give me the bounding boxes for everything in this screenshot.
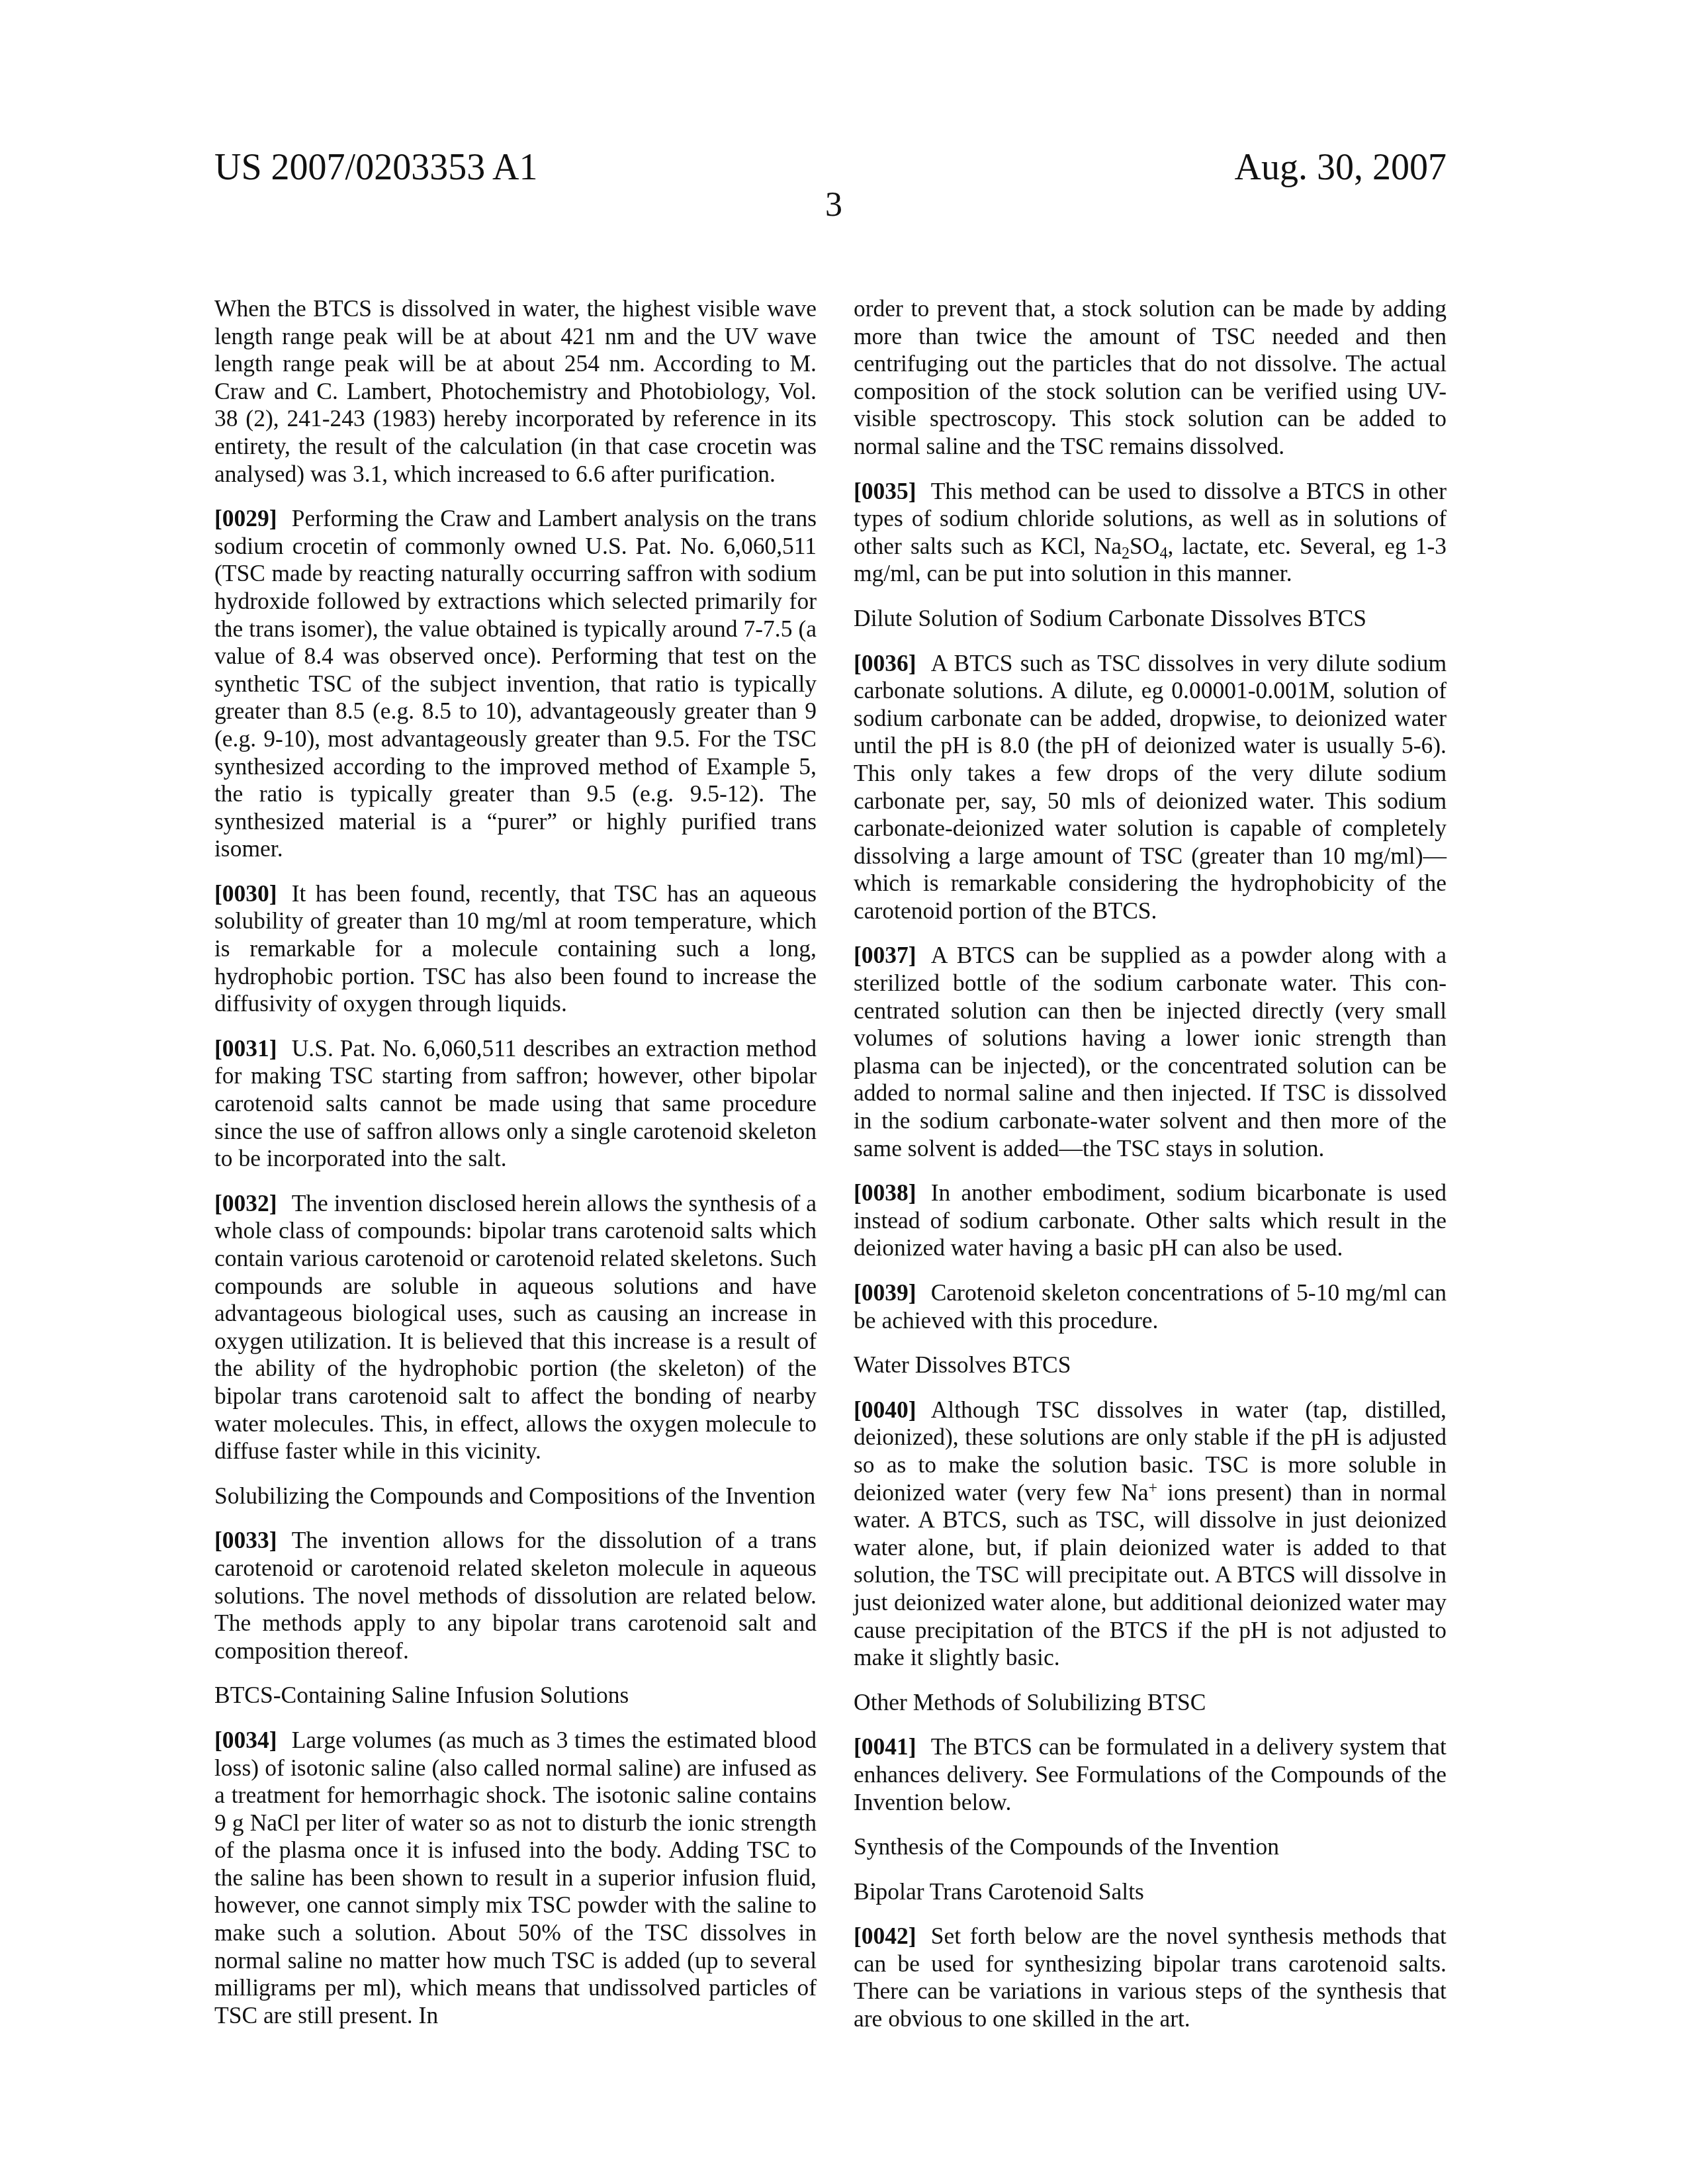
paragraph-0029: [0029]Performing the Craw and Lambert an… [214, 505, 817, 863]
paragraph-0031: [0031]U.S. Pat. No. 6,060,511 describes … [214, 1035, 817, 1173]
paragraph-number: [0030] [214, 880, 277, 907]
right-column: order to prevent that, a stock solution … [854, 295, 1447, 2050]
paragraph-text: The invention disclosed herein allows th… [214, 1190, 817, 1464]
paragraph-text: When the BTCS is dissolved in water, the… [214, 295, 817, 487]
paragraph-number: [0037] [854, 942, 916, 968]
paragraph-0036: [0036]A BTCS such as TSC dissolves in ve… [854, 650, 1447, 925]
superscript: + [1149, 1479, 1158, 1497]
paragraph-text: In another embodiment, sodium bicarbonat… [854, 1179, 1447, 1261]
publication-date: Aug. 30, 2007 [1235, 144, 1447, 191]
paragraph-0035: [0035]This method can be used to dissolv… [854, 478, 1447, 588]
paragraph-number: [0031] [214, 1035, 277, 1062]
paragraph-number: [0041] [854, 1733, 916, 1760]
section-heading-saline-infusion: BTCS-Containing Saline Infusion Solution… [214, 1682, 817, 1709]
paragraph-0040: [0040]Although TSC dissolves in water (t… [854, 1396, 1447, 1672]
paragraph-0037: [0037]A BTCS can be supplied as a powder… [854, 942, 1447, 1162]
paragraph-text: Performing the Craw and Lambert analysis… [214, 505, 817, 862]
paragraph-0041: [0041]The BTCS can be formulated in a de… [854, 1733, 1447, 1816]
paragraph-0032: [0032]The invention disclosed herein all… [214, 1190, 817, 1465]
paragraph-0030: [0030]It has been found, recently, that … [214, 880, 817, 1018]
section-heading-synthesis: Synthesis of the Compounds of the Invent… [854, 1833, 1447, 1861]
paragraph-continued-intro: When the BTCS is dissolved in water, the… [214, 295, 817, 488]
paragraph-text: U.S. Pat. No. 6,060,511 describes an ext… [214, 1035, 817, 1171]
paragraph-text: Carotenoid skeleton concentrations of 5-… [854, 1279, 1447, 1334]
section-heading-bipolar-salts: Bipolar Trans Carotenoid Salts [854, 1878, 1447, 1906]
page-number: 3 [814, 184, 854, 226]
paragraph-text: Set forth below are the novel synthesis … [854, 1923, 1447, 2032]
section-heading-other-methods: Other Methods of Solubilizing BTSC [854, 1689, 1447, 1717]
paragraph-text: It has been found, recently, that TSC ha… [214, 880, 817, 1017]
paragraph-number: [0034] [214, 1727, 277, 1753]
paragraph-number: [0040] [854, 1396, 916, 1423]
paragraph-text: SO [1130, 533, 1159, 559]
paragraph-number: [0029] [214, 505, 277, 531]
paragraph-text: Large volumes (as much as 3 times the es… [214, 1727, 817, 2028]
paragraph-number: [0033] [214, 1527, 277, 1553]
paragraph-number: [0038] [854, 1179, 916, 1206]
paragraph-number: [0032] [214, 1190, 277, 1216]
paragraph-number: [0036] [854, 650, 916, 676]
paragraph-text: A BTCS can be supplied as a powder along… [854, 942, 1447, 1161]
paragraph-text: A BTCS such as TSC dissolves in very dil… [854, 650, 1447, 924]
section-heading-water-dissolves: Water Dissolves BTCS [854, 1351, 1447, 1379]
paragraph-text: ions present) than in normal water. A BT… [854, 1479, 1447, 1671]
paragraph-0034: [0034]Large volumes (as much as 3 times … [214, 1727, 817, 2030]
paragraph-0038: [0038]In another embodiment, sodium bica… [854, 1179, 1447, 1262]
paragraph-continued-0034: order to prevent that, a stock solution … [854, 295, 1447, 461]
section-heading-sodium-carbonate: Dilute Solution of Sodium Carbonate Diss… [854, 605, 1447, 633]
left-column: When the BTCS is dissolved in water, the… [214, 295, 817, 2046]
paragraph-text: The BTCS can be formulated in a delivery… [854, 1733, 1447, 1815]
paragraph-number: [0042] [854, 1923, 916, 1949]
paragraph-0039: [0039]Carotenoid skeleton concentrations… [854, 1279, 1447, 1334]
paragraph-0033: [0033]The invention allows for the disso… [214, 1527, 817, 1664]
paragraph-text: order to prevent that, a stock solution … [854, 295, 1447, 459]
publication-number: US 2007/0203353 A1 [214, 144, 538, 191]
paragraph-text: The invention allows for the dissolution… [214, 1527, 817, 1663]
paragraph-0042: [0042]Set forth below are the novel synt… [854, 1923, 1447, 2032]
section-heading-solubilizing: Solubilizing the Compounds and Compositi… [214, 1482, 817, 1510]
paragraph-number: [0035] [854, 478, 916, 504]
paragraph-number: [0039] [854, 1279, 916, 1306]
